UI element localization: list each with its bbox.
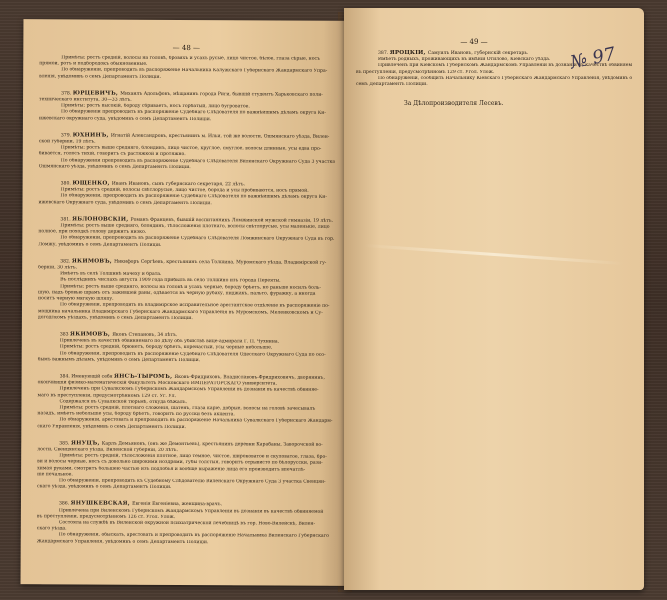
register-entry: 384. Именующій себя ЯНСЪ-ТЫРОМЪ, Яковъ-Ф… [37,373,333,431]
entry-surname: ЯНУЦЪ, [71,440,102,446]
register-entry: 380. ЮЩЕНКО, Иванъ Ивановъ, сынъ губернс… [39,180,335,207]
right-page: № 97 — 49 — 387. ЯРОЦКІЙ, Самуилъ Иванов… [344,8,644,590]
register-entry: 383 ЯКИМОВЪ, Яковъ Степановъ, 34 лѣтъ.Пр… [38,331,334,365]
entry-number: 383 [60,332,70,337]
page-number: — 49 — [304,38,644,46]
entry-surname: ЯНУШКЕВСКАЯ, [71,501,132,507]
entry-number: 379. [61,133,73,138]
register-entry: 386. ЯНУШКЕВСКАЯ, Евгенія Евгеніевна, же… [37,501,333,547]
entry-surname: ЮХНИНЪ, [73,132,111,138]
entry-number: 385. [59,441,71,446]
register-entry: 378. ЮРЦЕВИЧЪ, Михаилъ Адольфовъ, мѣщани… [39,90,335,124]
entry-surname: ЯКИМОВЪ, [70,331,112,337]
entry-surname: ЯНСЪ-ТЫРОМЪ, [114,374,174,380]
entry-surname: ЮРЦЕВИЧЪ, [73,90,120,96]
entry-surname: ЮЩЕНКО, [72,180,111,186]
entry-number: 380. [61,181,73,186]
page-content: Примѣты: ростъ средній, волосы на головѣ… [21,51,350,546]
register-entry: 381. ЯБЛОНОВСКІЙ, Романъ Францевъ, бывші… [38,216,334,250]
signature-line: За Дѣлопроизводителя Лесевъ. [404,100,644,107]
entry-line: семъ Департаментъ Полиціи. [356,82,632,88]
paper-crease [364,244,624,265]
entry-number: 381. [60,217,72,222]
entry-surname: ЯРОЦКІЙ, [390,50,428,56]
entry-surname: ЯКИМОВЪ, [72,258,114,264]
entry-number: 384. Именующій себя [60,374,114,379]
left-page: — 48 — Примѣты: ростъ средній, волосы на… [21,19,350,586]
entry-number: 387. [378,51,390,56]
entry-number: 386. [59,502,71,507]
register-entry: Примѣты: ростъ средній, волосы на головѣ… [39,55,335,81]
register-entry: 382. ЯКИМОВЪ, Никифоръ Сергѣевъ, крестья… [38,258,334,323]
entry-number: 378. [61,91,73,96]
register-entry: 379. ЮХНИНЪ, Игнатій Александровъ, крест… [39,132,335,172]
entry-surname: ЯБЛОНОВСКІЙ, [72,216,130,222]
register-entry: 385. ЯНУЦЪ, Карлъ Демьяновъ, (онъ же Дем… [37,440,333,492]
entry-number: 382. [60,259,72,264]
